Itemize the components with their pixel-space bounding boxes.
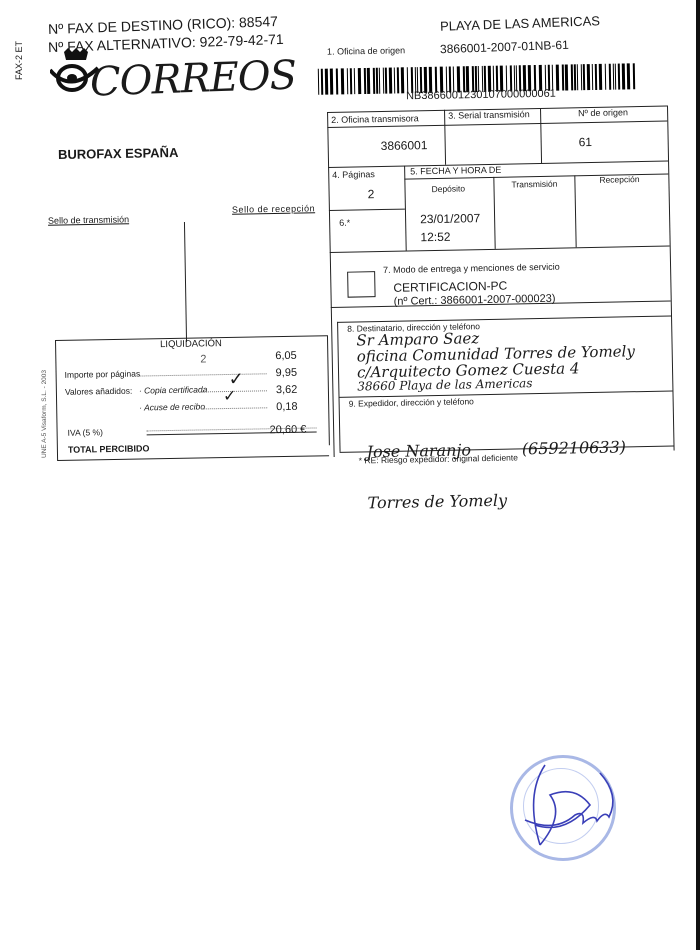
acuse-label: · Acuse de recibo: [139, 401, 205, 412]
signature-icon: [505, 755, 625, 865]
iva-label: IVA (5 %): [68, 427, 103, 438]
total-label: TOTAL PERCIBIDO: [68, 443, 150, 454]
acuse-checkmark-icon[interactable]: ✓: [223, 386, 237, 406]
importe-value: 6,05: [275, 350, 297, 362]
iva-value: 0,18: [276, 401, 298, 413]
importe-label: Importe por páginas: [65, 369, 141, 380]
copia-label: · Copia certificada: [139, 384, 208, 395]
acuse-value: 3,62: [276, 384, 298, 396]
total-value: 20,60 €: [270, 424, 307, 437]
copia-value: 9,95: [276, 367, 298, 379]
liquidacion-title: LIQUIDACIÓN: [160, 338, 222, 350]
valores-label: Valores añadidos:: [65, 386, 133, 397]
pages-count: 2: [200, 353, 206, 365]
printer-credit: UNE A-5 Visaform, S.L. - 2003: [41, 370, 48, 458]
